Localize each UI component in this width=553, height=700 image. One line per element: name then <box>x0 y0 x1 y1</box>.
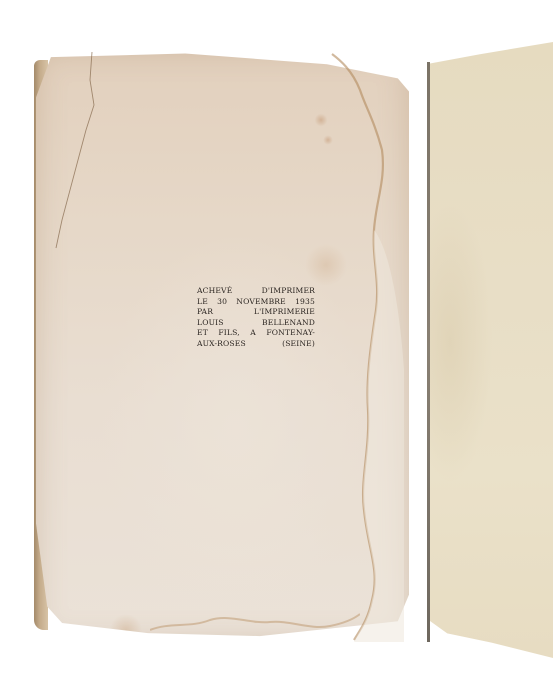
colophon-line: LOUIS BELLENAND <box>197 318 315 329</box>
right-page <box>430 42 553 658</box>
book-photo: ACHEVÉ D'IMPRIMER LE 30 NOVEMBRE 1935 PA… <box>0 0 553 700</box>
book-gutter <box>427 62 430 642</box>
colophon-line: AUX-ROSES (SEINE) <box>197 339 315 350</box>
colophon-line: ET FILS, A FONTENAY- <box>197 328 315 339</box>
page-tear-line <box>50 50 110 250</box>
water-stain-bottom <box>150 610 360 640</box>
colophon-line: PAR L'IMPRIMERIE <box>197 307 315 318</box>
water-stain-edge <box>330 50 410 642</box>
colophon-line: LE 30 NOVEMBRE 1935 <box>197 297 315 308</box>
colophon-line: ACHEVÉ D'IMPRIMER <box>197 286 315 297</box>
colophon-text: ACHEVÉ D'IMPRIMER LE 30 NOVEMBRE 1935 PA… <box>197 286 315 350</box>
